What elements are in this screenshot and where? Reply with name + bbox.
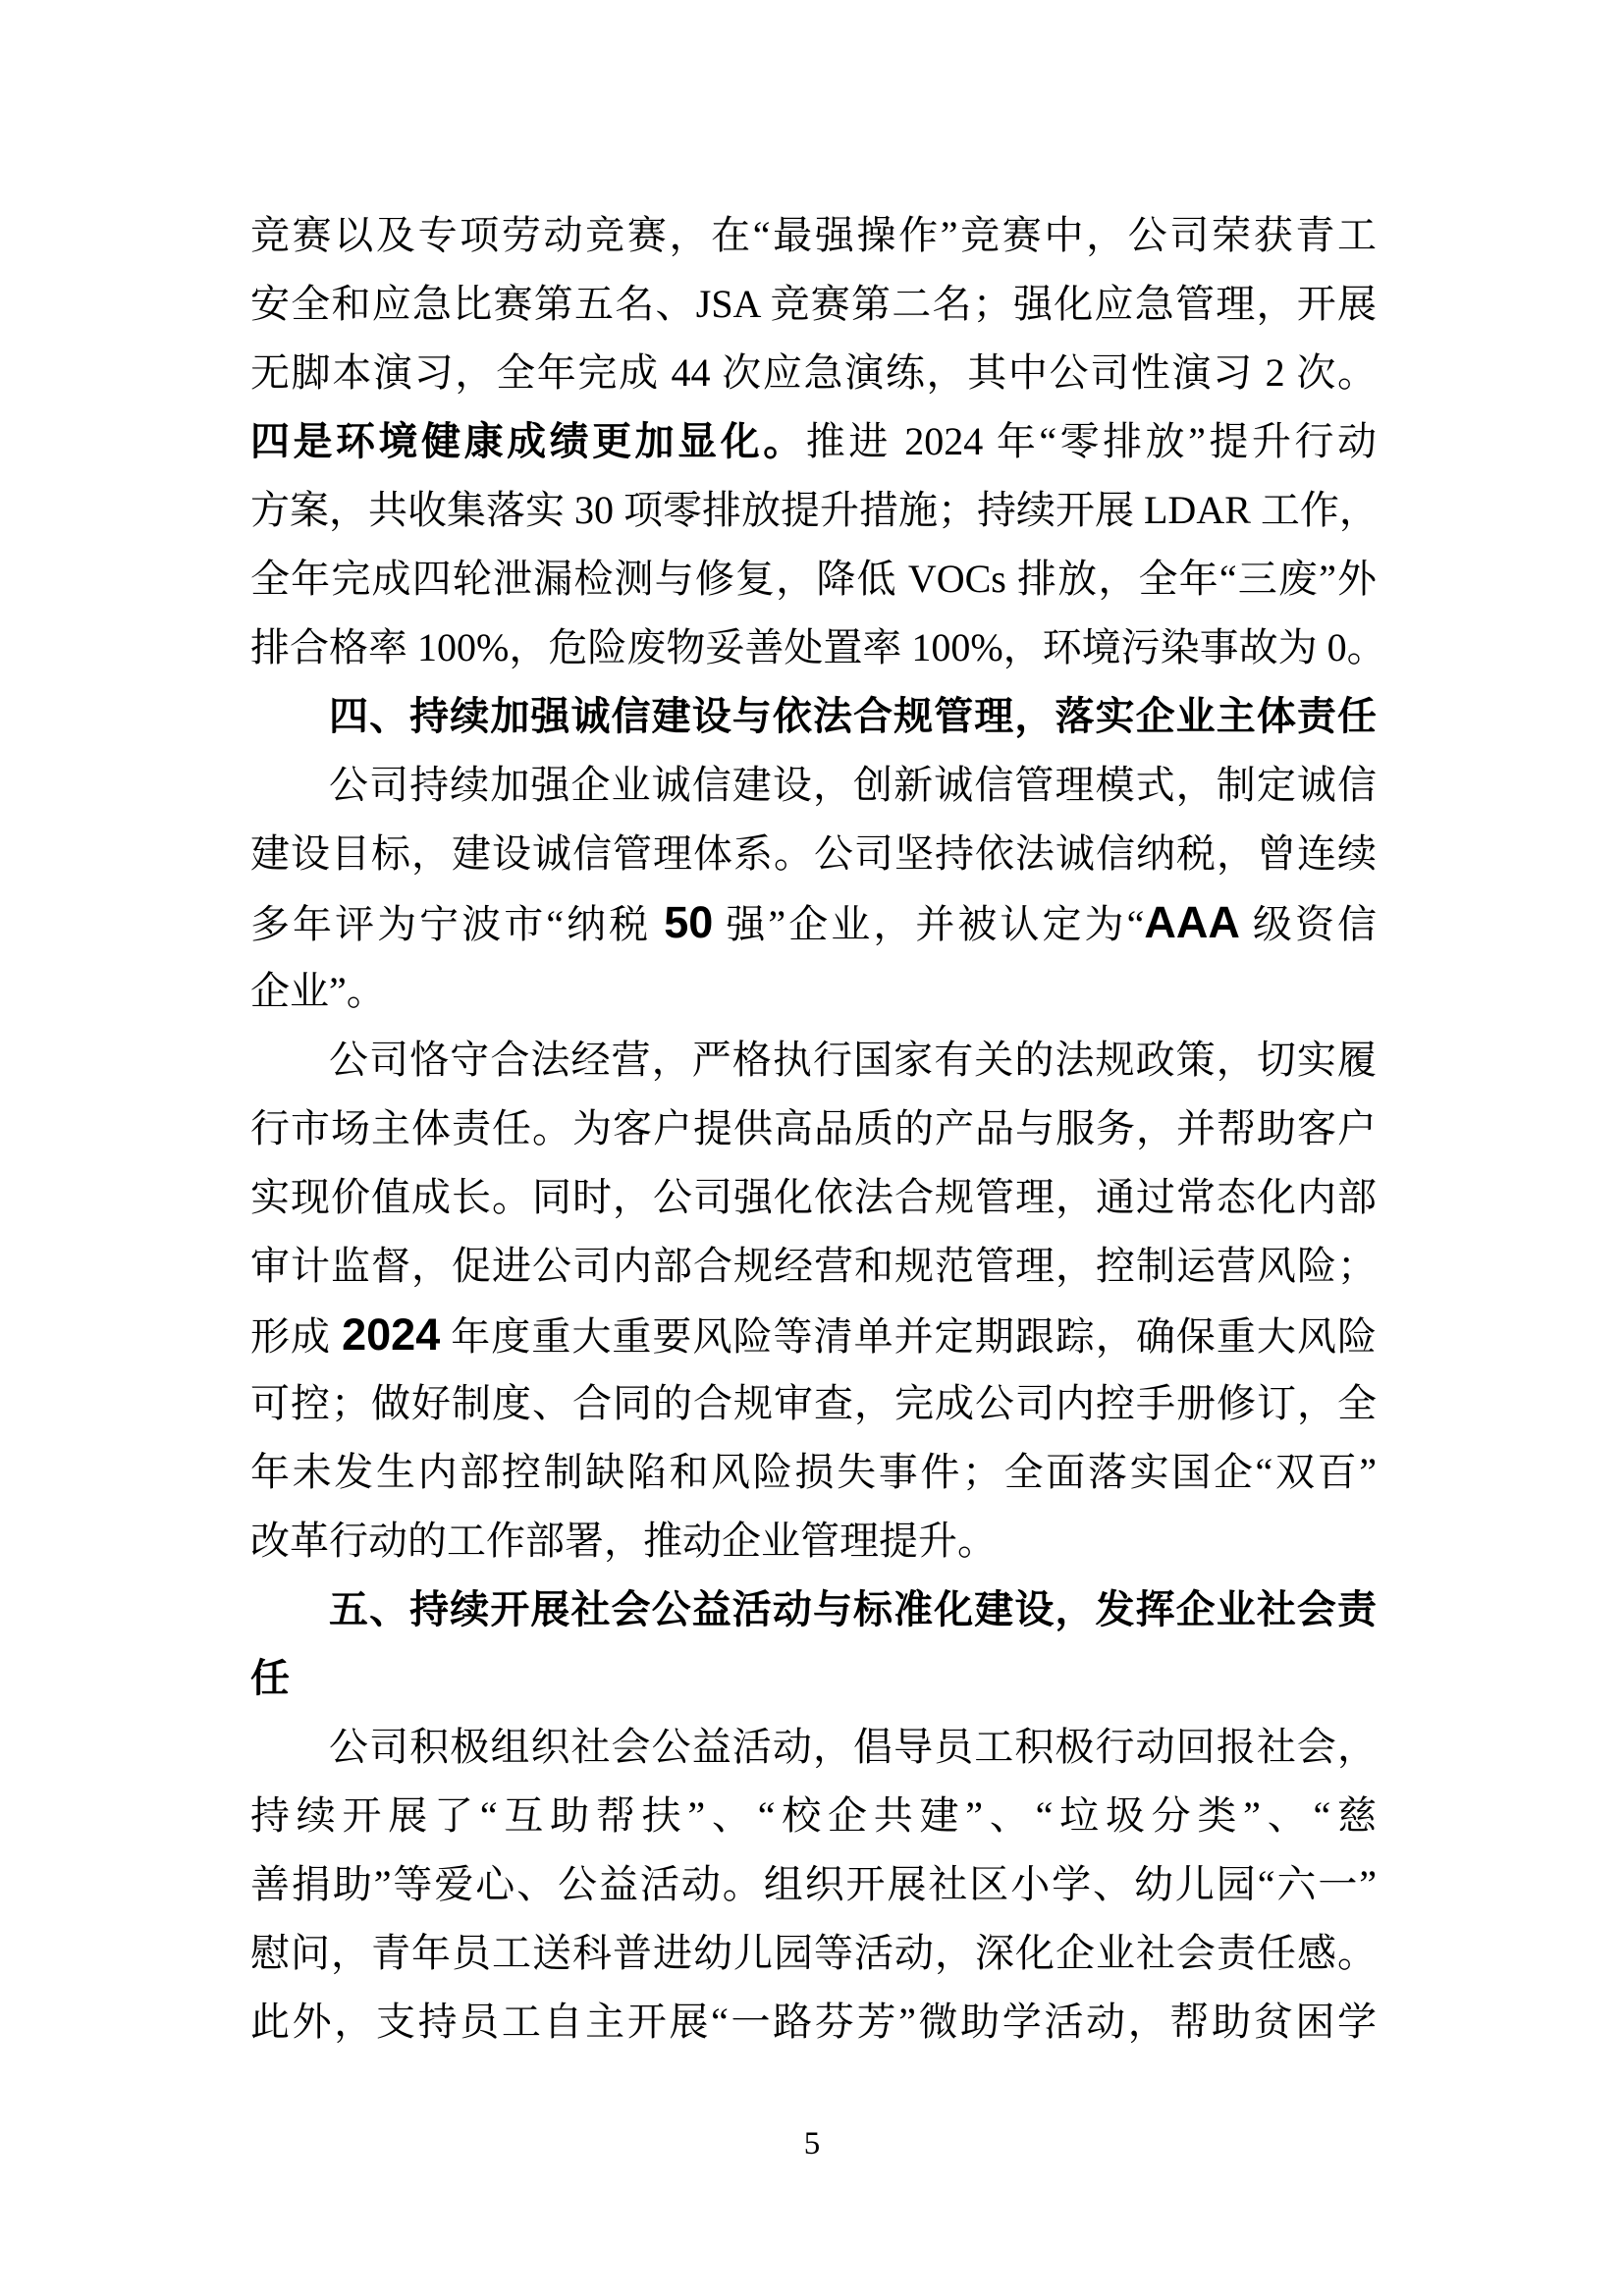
text-line: 实现价值成长。同时，公司强化依法合规管理，通过常态化内部 [250,1163,1377,1232]
text-line: 持续开展了“互助帮扶”、“校企共建”、“垃圾分类”、“慈 [250,1782,1377,1850]
text-line: 慰问，青年员工送科普进幼儿园等活动，深化企业社会责任感。 [250,1919,1377,1988]
text-line: 建设目标，建设诚信管理体系。公司坚持依法诚信纳税，曾连续 [250,820,1377,888]
text-segment: 企业”。 [250,969,386,1013]
highlight-year: 2024 [342,1309,440,1360]
text-segment: 公司积极组织社会公益活动，倡导员工积极行动回报社会， [329,1725,1377,1769]
text-segment: 排合格率 100%，危险废物妥善处置率 100%，环境污染事故为 0。 [250,625,1377,669]
text-segment: 持续开展了“互助帮扶”、“校企共建”、“垃圾分类”、“慈 [250,1793,1377,1838]
paragraph-first-line: 公司持续加强企业诚信建设，创新诚信管理模式，制定诚信 [250,751,1377,820]
text-line: 年未发生内部控制缺陷和风险损失事件；全面落实国企“双百” [250,1438,1377,1507]
text-segment: 竞赛以及专项劳动竞赛，在“最强操作”竞赛中，公司荣获青工 [250,213,1377,257]
text-segment: 善捐助”等爱心、公益活动。组织开展社区小学、幼儿园“六一” [250,1862,1377,1906]
paragraph-first-line: 公司积极组织社会公益活动，倡导员工积极行动回报社会， [250,1713,1377,1782]
paragraph-first-line: 公司恪守合法经营，严格执行国家有关的法规政策，切实履 [250,1026,1377,1095]
text-segment: 多年评为宁波市“纳税 [250,902,664,946]
text-segment: 全年完成四轮泄漏检测与修复，降低 VOCs 排放，全年“三废”外 [250,557,1377,601]
text-line: 多年评为宁波市“纳税 50 强”企业，并被认定为“AAA 级资信 [250,888,1377,957]
text-segment: 实现价值成长。同时，公司强化依法合规管理，通过常态化内部 [250,1175,1377,1219]
text-segment: 建设目标，建设诚信管理体系。公司坚持依法诚信纳税，曾连续 [250,831,1377,876]
text-line: 无脚本演习，全年完成 44 次应急演练，其中公司性演习 2 次。 [250,339,1377,407]
text-segment: 慰问，青年员工送科普进幼儿园等活动，深化企业社会责任感。 [250,1931,1377,1975]
text-segment: 公司持续加强企业诚信建设，创新诚信管理模式，制定诚信 [329,763,1377,807]
text-segment: 行市场主体责任。为客户提供高品质的产品与服务，并帮助客户 [250,1106,1377,1150]
page-number-text: 5 [804,2126,821,2162]
section-heading-5: 五、持续开展社会公益活动与标准化建设，发挥企业社会责 [250,1575,1377,1644]
text-line: 善捐助”等爱心、公益活动。组织开展社区小学、幼儿园“六一” [250,1850,1377,1919]
highlight-number: 50 [664,897,713,947]
paragraph-last-line: 企业”。 [250,957,1377,1026]
page-number: 5 [0,2122,1624,2165]
text-line: 此外，支持员工自主开展“一路芬芳”微助学活动，帮助贫困学 [250,1988,1377,2056]
text-line: 排合格率 100%，危险废物妥善处置率 100%，环境污染事故为 0。 [250,614,1377,682]
text-segment: 级资信 [1240,902,1377,946]
text-line: 竞赛以及专项劳动竞赛，在“最强操作”竞赛中，公司荣获青工 [250,201,1377,270]
text-line: 全年完成四轮泄漏检测与修复，降低 VOCs 排放，全年“三废”外 [250,545,1377,614]
text-line: 四是环境健康成绩更加显化。推进 2024 年“零排放”提升行动 [250,407,1377,476]
text-line: 安全和应急比赛第五名、JSA 竞赛第二名；强化应急管理，开展 [250,270,1377,339]
section-heading-5-wrap: 任 [250,1644,1377,1713]
bold-lead-sentence: 四是环境健康成绩更加显化。 [250,419,806,463]
paragraph-last-line: 改革行动的工作部署，推动企业管理提升。 [250,1507,1377,1575]
text-segment: 年度重大重要风险等清单并定期跟踪，确保重大风险 [440,1314,1377,1359]
text-segment: 安全和应急比赛第五名、JSA 竞赛第二名；强化应急管理，开展 [250,282,1377,326]
section-heading-4: 四、持续加强诚信建设与依法合规管理，落实企业主体责任 [250,682,1377,751]
text-block: 竞赛以及专项劳动竞赛，在“最强操作”竞赛中，公司荣获青工 安全和应急比赛第五名、… [250,201,1377,2056]
heading-text: 五、持续开展社会公益活动与标准化建设，发挥企业社会责 [329,1588,1377,1631]
text-segment: 此外，支持员工自主开展“一路芬芳”微助学活动，帮助贫困学 [250,2000,1377,2044]
text-segment: 无脚本演习，全年完成 44 次应急演练，其中公司性演习 2 次。 [250,350,1377,395]
text-segment: 年未发生内部控制缺陷和风险损失事件；全面落实国企“双百” [250,1450,1377,1494]
text-segment: 强”企业，并被认定为“ [713,902,1144,946]
document-page: 竞赛以及专项劳动竞赛，在“最强操作”竞赛中，公司荣获青工 安全和应急比赛第五名、… [0,0,1624,2296]
text-segment: 推进 2024 年“零排放”提升行动 [806,419,1377,463]
text-line: 审计监督，促进公司内部合规经营和规范管理，控制运营风险； [250,1232,1377,1301]
text-segment: 可控；做好制度、合同的合规审查，完成公司内控手册修订，全 [250,1381,1377,1425]
text-line: 方案，共收集落实 30 项零排放提升措施；持续开展 LDAR 工作， [250,476,1377,545]
text-line: 行市场主体责任。为客户提供高品质的产品与服务，并帮助客户 [250,1095,1377,1163]
heading-text: 任 [250,1657,290,1700]
text-line: 可控；做好制度、合同的合规审查，完成公司内控手册修订，全 [250,1369,1377,1438]
text-segment: 方案，共收集落实 30 项零排放提升措施；持续开展 LDAR 工作， [250,488,1377,532]
text-line: 形成 2024 年度重大重要风险等清单并定期跟踪，确保重大风险 [250,1301,1377,1369]
text-segment: 公司恪守合法经营，严格执行国家有关的法规政策，切实履 [329,1038,1377,1082]
text-segment: 改革行动的工作部署，推动企业管理提升。 [250,1519,997,1563]
highlight-rating: AAA [1144,897,1240,947]
text-segment: 审计监督，促进公司内部合规经营和规范管理，控制运营风险； [250,1244,1377,1288]
text-segment: 形成 [250,1314,342,1359]
heading-text: 四、持续加强诚信建设与依法合规管理，落实企业主体责任 [329,695,1377,738]
